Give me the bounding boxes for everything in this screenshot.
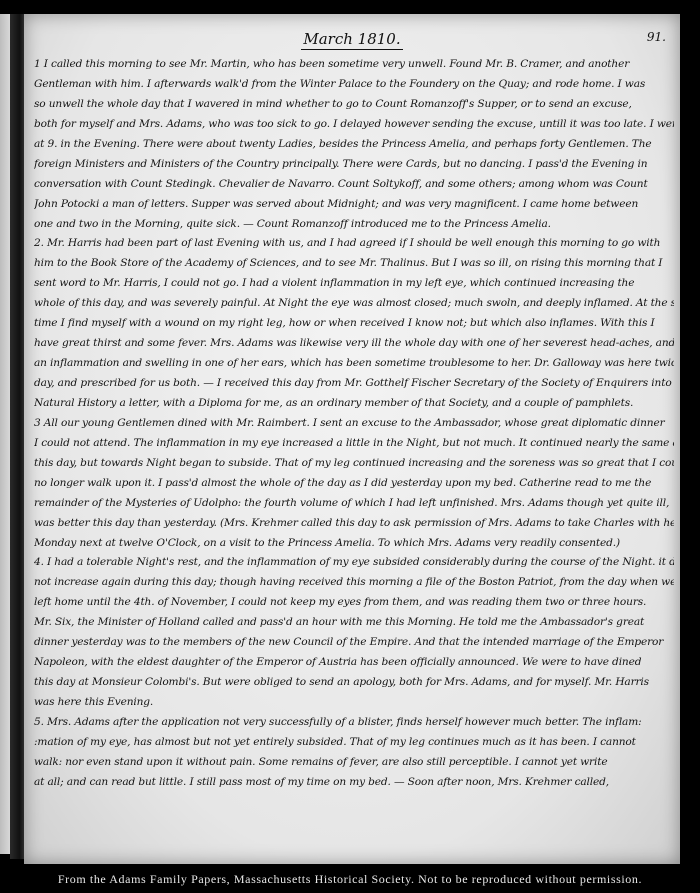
- manuscript-line: Monday next at twelve O'Clock, on a visi…: [34, 534, 674, 554]
- copyright-footer: From the Adams Family Papers, Massachuse…: [0, 872, 700, 887]
- manuscript-line: one and two in the Morning, quite sick. …: [34, 215, 674, 235]
- manuscript-line: have great thirst and some fever. Mrs. A…: [34, 334, 674, 354]
- diary-text: 1 I called this morning to see Mr. Marti…: [34, 55, 674, 793]
- manuscript-line: 5. Mrs. Adams after the application not …: [34, 713, 674, 733]
- manuscript-line: Natural History a letter, with a Diploma…: [34, 394, 674, 414]
- facing-page-edge: [0, 14, 10, 854]
- manuscript-line: 3 All our young Gentlemen dined with Mr.…: [34, 414, 674, 434]
- manuscript-line: this day at Monsieur Colombi's. But were…: [34, 673, 674, 693]
- manuscript-line: left home until the 4th. of November, I …: [34, 593, 674, 613]
- manuscript-line: so unwell the whole day that I wavered i…: [34, 95, 674, 115]
- manuscript-line: no longer walk upon it. I pass'd almost …: [34, 474, 674, 494]
- manuscript-line: remainder of the Mysteries of Udolpho: t…: [34, 494, 674, 514]
- manuscript-line: this day, but towards Night began to sub…: [34, 454, 674, 474]
- manuscript-line: day, and prescribed for us both. — I rec…: [34, 374, 674, 394]
- folio-number: 91.: [647, 30, 666, 44]
- manuscript-line: 2. Mr. Harris had been part of last Even…: [34, 234, 674, 254]
- manuscript-page: March 1810. 91. 1 I called this morning …: [24, 14, 680, 864]
- manuscript-line: was better this day than yesterday. (Mrs…: [34, 514, 674, 534]
- manuscript-line: an inflammation and swelling in one of h…: [34, 354, 674, 374]
- manuscript-line: Mr. Six, the Minister of Holland called …: [34, 613, 674, 633]
- manuscript-line: whole of this day, and was severely pain…: [34, 294, 674, 314]
- heading-text: March 1810.: [301, 30, 402, 50]
- page-heading: March 1810.: [24, 30, 680, 48]
- manuscript-line: Napoleon, with the eldest daughter of th…: [34, 653, 674, 673]
- manuscript-line: 1 I called this morning to see Mr. Marti…: [34, 55, 674, 75]
- manuscript-line: conversation with Count Stedingk. Cheval…: [34, 175, 674, 195]
- manuscript-line: I could not attend. The inflammation in …: [34, 434, 674, 454]
- manuscript-line: sent word to Mr. Harris, I could not go.…: [34, 274, 674, 294]
- manuscript-line: John Potocki a man of letters. Supper wa…: [34, 195, 674, 215]
- manuscript-line: 4. I had a tolerable Night's rest, and t…: [34, 553, 674, 573]
- manuscript-line: both for myself and Mrs. Adams, who was …: [34, 115, 674, 135]
- manuscript-line: time I find myself with a wound on my ri…: [34, 314, 674, 334]
- manuscript-line: Gentleman with him. I afterwards walk'd …: [34, 75, 674, 95]
- manuscript-line: him to the Book Store of the Academy of …: [34, 254, 674, 274]
- manuscript-line: at all; and can read but little. I still…: [34, 773, 674, 793]
- manuscript-line: walk: nor even stand upon it without pai…: [34, 753, 674, 773]
- manuscript-line: :mation of my eye, has almost but not ye…: [34, 733, 674, 753]
- manuscript-line: dinner yesterday was to the members of t…: [34, 633, 674, 653]
- manuscript-line: at 9. in the Evening. There were about t…: [34, 135, 674, 155]
- manuscript-line: not increase again during this day; thou…: [34, 573, 674, 593]
- manuscript-line: was here this Evening.: [34, 693, 674, 713]
- manuscript-line: foreign Ministers and Ministers of the C…: [34, 155, 674, 175]
